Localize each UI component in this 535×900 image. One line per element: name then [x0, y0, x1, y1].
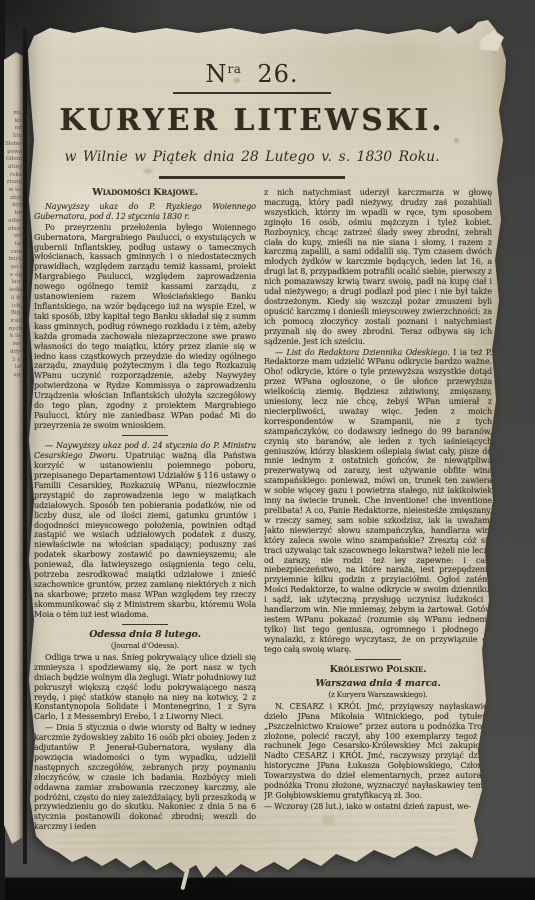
adjacent-page-text-fragments: mi, kti nd Stu Słobo- powa Gdem attey rs… — [4, 110, 24, 380]
issue-superscript: ra — [227, 62, 241, 76]
newspaper-title: KURYER LITEWSKI. — [28, 103, 475, 138]
paragraph-separator — [122, 624, 168, 626]
article-body-ukaz-minister: Upatruiąc ważną dla Państwa korzyść w us… — [34, 451, 256, 619]
source-note-warsaw: (z Kuryera Warszawskiego). — [264, 690, 492, 700]
subsection-heading-odessa: Odessa dnia 8 lutego. — [34, 630, 256, 640]
paragraph-separator — [355, 659, 401, 661]
issue-prefix: N — [205, 60, 227, 88]
article-paragraph-odessa-thaw: Odliga trwa u nas. Śnieg pokrywaiący uli… — [34, 653, 256, 722]
article-paragraph-ukaz-minister: — Naywyższy ukaz pod d. 24 stycznia do P… — [34, 441, 256, 619]
section-heading-kingdom-of-poland: Królestwo Polskie. — [264, 665, 492, 675]
ink-bleed-through — [56, 806, 456, 858]
issue-value: 26. — [257, 60, 298, 88]
source-note-odessa: (Journal d'Odessa). — [34, 641, 256, 651]
issue-number: Nra26. — [26, 60, 478, 88]
section-heading-domestic-news: Wiadomości Krajowe. — [34, 188, 256, 198]
article-heading-ukaz-governor: Naywyższy ukaz do P. Ryzkiego Woiennego … — [34, 202, 256, 222]
newspaper-page: Nra26. KURYER LITEWSKI. w Wilnie w Piąte… — [26, 20, 508, 882]
left-column: Wiadomości Krajowe. Naywyższy ukaz do P.… — [34, 188, 256, 832]
masthead-rule-top — [173, 92, 331, 94]
masthead-rule-bottom — [159, 176, 345, 179]
article-columns: Wiadomości Krajowe. Naywyższy ukaz do P.… — [34, 188, 492, 832]
paragraph-separator — [122, 435, 168, 437]
article-paragraph-warsaw-news: N. CESARZ i KRÓL Jmć, przyiąwszy nayłask… — [264, 702, 492, 801]
masthead: Nra26. KURYER LITEWSKI. w Wilnie w Piąte… — [26, 60, 478, 179]
scanned-newspaper-photo: mi, kti nd Stu Słobo- powa Gdem attey rs… — [0, 0, 535, 900]
subsection-heading-warsaw: Warszawa dnia 4 marca. — [264, 679, 492, 689]
newspaper-page-wrapper: Nra26. KURYER LITEWSKI. w Wilnie w Piąte… — [26, 20, 508, 882]
ink-bleed-through — [454, 230, 492, 530]
adjacent-page-edge: mi, kti nd Stu Słobo- powa Gdem attey rs… — [4, 52, 24, 844]
dateline: w Wilnie w Piątek dnia 28 Lutego v. s. 1… — [26, 149, 478, 165]
article-lead-letter-to-editor: — List do Redaktora Dziennika Odeskiego. — [275, 348, 450, 357]
article-paragraph-ukaz-governor: Po przeyrzeniu przełożenia byłego Woienn… — [34, 223, 256, 431]
